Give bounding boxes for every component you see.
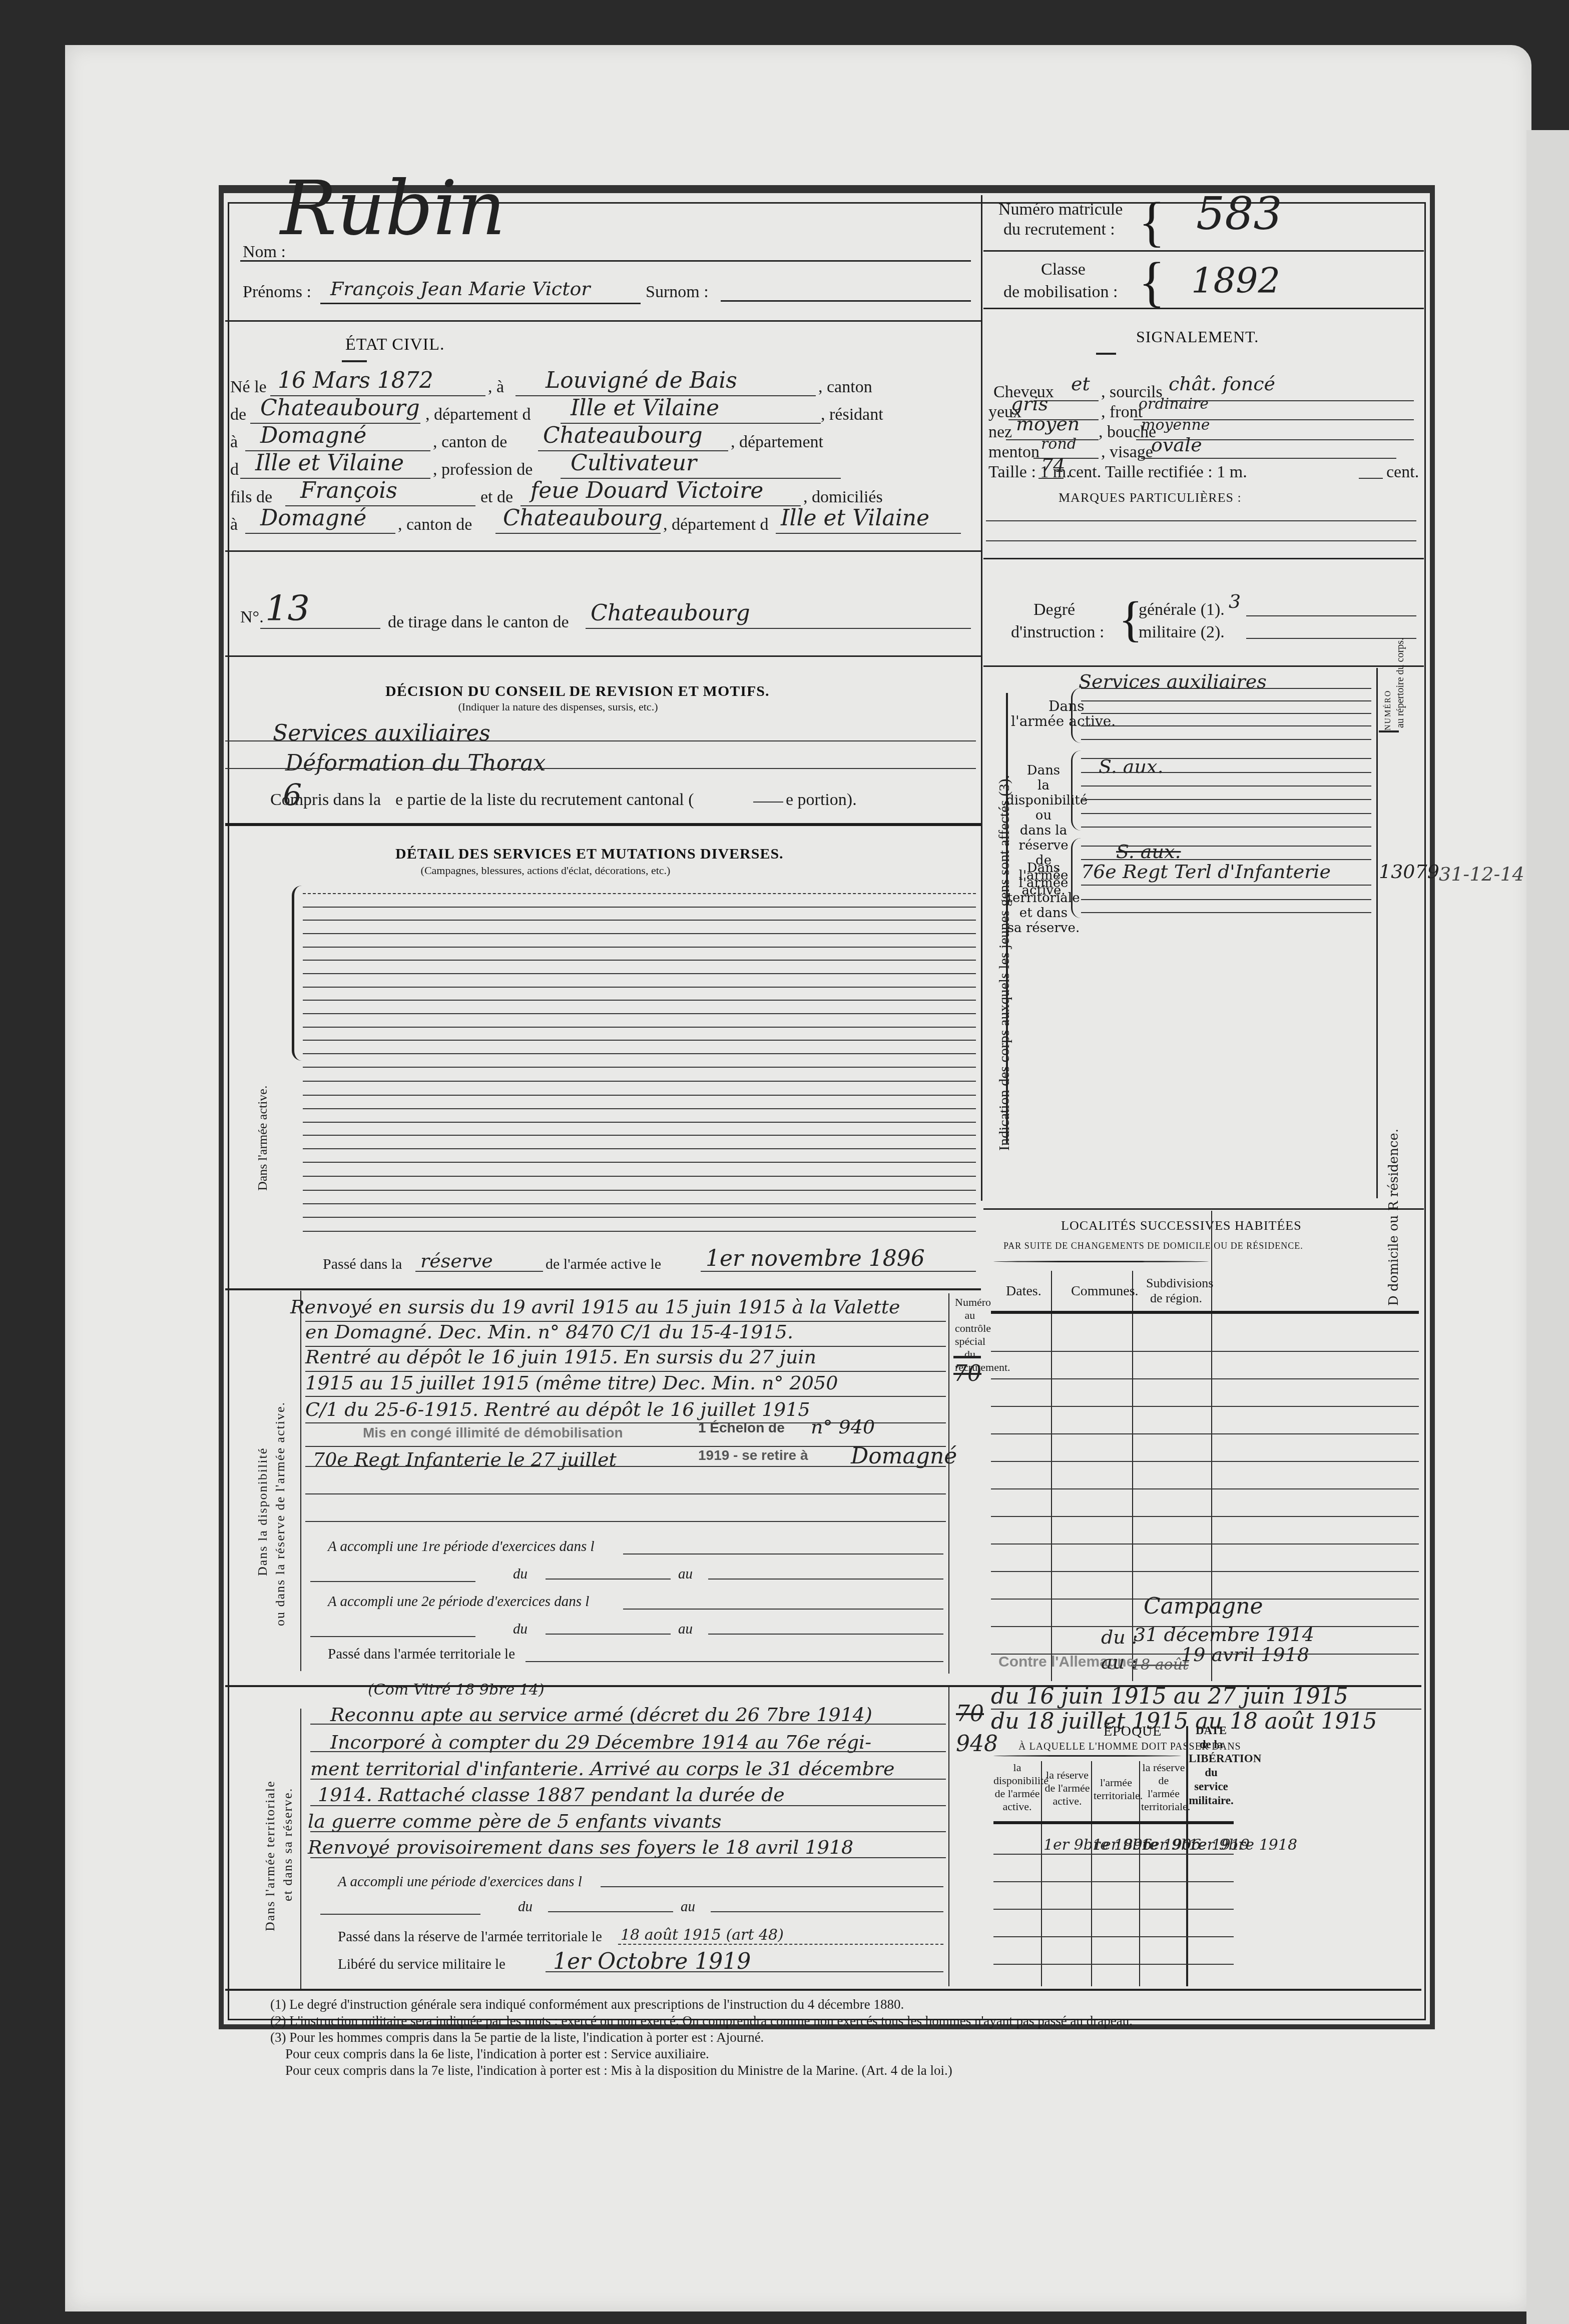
instruction-divider	[983, 665, 1424, 667]
classe-divider	[983, 308, 1424, 309]
underline	[618, 1944, 943, 1945]
ruled-line	[303, 973, 976, 974]
underline	[586, 628, 971, 629]
numero-column-rule	[1376, 668, 1378, 1198]
etat-civil-divider	[225, 550, 981, 552]
decision-line-2: Déformation du Thorax	[285, 750, 546, 776]
terr-vertical-label-1: Dans l'armée territoriale	[263, 1780, 278, 1931]
terr-label-line: Dans l'armée	[1006, 861, 1081, 891]
fils-de-label: fils de	[230, 488, 272, 507]
et-de-label: et de	[480, 488, 513, 507]
ruled-line	[310, 1857, 946, 1858]
dispo-brace	[1071, 750, 1082, 831]
ruled-line	[1081, 700, 1371, 701]
underline	[310, 1636, 475, 1637]
ruled-line	[305, 1466, 946, 1467]
row-rule	[991, 1516, 1419, 1517]
nom-underline	[240, 260, 971, 262]
localites-subtitle: PAR SUITE DE CHANGEMENTS DE DOMICILE OU …	[1003, 1241, 1303, 1251]
matricule-value: 583	[1196, 188, 1282, 240]
margin-date: 31-12-14	[1439, 863, 1524, 885]
epoque-header-rule	[993, 1821, 1234, 1824]
underline	[548, 1911, 673, 1912]
col-dates: Dates.	[1006, 1283, 1041, 1299]
decision-line	[225, 740, 976, 741]
underline	[708, 1579, 943, 1580]
campagne-extra-2: du 18 juillet 1915 au 18 août 1915	[991, 1709, 1377, 1734]
terr-margin-rule	[300, 1709, 301, 1989]
terr-reserve-label: Passé dans la réserve de l'armée territo…	[338, 1929, 602, 1945]
birth-departement: Ille et Vilaine	[571, 395, 719, 421]
dispo-label-line: ou	[1006, 808, 1081, 823]
ruled-line	[303, 1000, 976, 1001]
footnotes-top-rule	[225, 1989, 1421, 1991]
de-label: de	[230, 405, 246, 424]
col-rule	[1041, 1761, 1042, 1986]
decision-divider	[225, 823, 981, 826]
localites-title: LOCALITÉS SUCCESSIVES HABITÉES	[1061, 1218, 1302, 1233]
campagne-extra-1: du 16 juin 1915 au 27 juin 1915	[991, 1684, 1348, 1709]
services-title: DÉTAIL DES SERVICES ET MUTATIONS DIVERSE…	[395, 846, 784, 863]
departement-label: , département d	[425, 405, 531, 424]
liberation-header: DATE de la LIBÉRATION du service militai…	[1189, 1724, 1234, 1808]
instruction-label-1: Degré	[1033, 600, 1075, 619]
terr-label-line: sa réserve.	[1006, 921, 1081, 936]
underline	[546, 1971, 943, 1972]
ruled-line	[305, 1396, 946, 1397]
ruled-line	[303, 920, 976, 921]
ruled-line	[303, 893, 976, 894]
ruled-line	[1081, 713, 1371, 714]
compris-value: 6	[283, 778, 302, 813]
col-subdivisions: Subdivisions de région.	[1146, 1276, 1206, 1306]
underline	[310, 1581, 475, 1582]
header-rule	[991, 1311, 1419, 1314]
parents-domicile: Domagné	[260, 505, 366, 531]
underline	[1246, 638, 1416, 639]
numero-header-rule	[953, 1356, 981, 1358]
row-rule	[993, 1964, 1234, 1965]
ruled-line	[1081, 688, 1371, 689]
residant-label: , résidant	[821, 405, 883, 424]
underline	[1038, 478, 1064, 479]
numero-header-line: Numéro	[955, 1296, 991, 1308]
a-label: à	[230, 433, 238, 452]
demobilisation-stamp: Mis en congé illimité de démobilisation	[363, 1425, 623, 1441]
commission-note: (Com Vitré 18 9bre 14)	[368, 1681, 545, 1699]
ruled-line	[1081, 758, 1371, 759]
passe-label: Passé dans la	[323, 1256, 402, 1273]
taille-value: 74	[1041, 454, 1065, 476]
a-label: à	[230, 515, 238, 534]
localites-top-rule	[983, 1208, 1424, 1210]
marques-line	[986, 540, 1416, 541]
portion-label: e portion).	[786, 791, 857, 810]
ruled-line	[303, 1067, 976, 1068]
terr-periode-au: au	[681, 1899, 695, 1915]
terr-reserve-value: 18 août 1915 (art 48)	[621, 1926, 784, 1944]
ruled-line	[303, 1162, 976, 1163]
classe-label-1: Classe	[1041, 260, 1086, 279]
active-corps-value: Services auxiliaires	[1079, 670, 1267, 692]
canton-de-label: , canton de	[398, 515, 472, 534]
dispo-line-2: en Domagné. Dec. Min. n° 8470 C/1 du 15-…	[305, 1321, 793, 1343]
col-domicile-residence: D domicile ou R résidence.	[1386, 1129, 1401, 1306]
footnotes-list: (1) Le degré d'instruction générale sera…	[270, 1996, 1133, 2079]
underline	[623, 1554, 943, 1555]
ruled-line	[310, 1805, 946, 1806]
dispo-label-line: dans la réserve	[1006, 823, 1081, 853]
menton-label: menton	[988, 443, 1039, 462]
underline	[546, 1579, 671, 1580]
ruled-line	[303, 1027, 976, 1028]
terr-periode-du: du	[518, 1899, 533, 1915]
terr-numero-struck: 70	[956, 1701, 984, 1727]
ruled-line	[310, 1724, 946, 1725]
ruled-line	[1081, 786, 1371, 787]
marques-divider	[983, 558, 1424, 559]
underline	[260, 628, 380, 629]
ne-le-label: Né le	[230, 378, 267, 397]
compris-suffix: e partie de la liste du recrutement cant…	[395, 791, 694, 810]
underline	[546, 1634, 671, 1635]
col-communes: Communes.	[1071, 1283, 1139, 1299]
campagne-au-struck: 18 août	[1131, 1656, 1189, 1674]
generale-label: générale (1).	[1139, 600, 1225, 619]
dispo-line-5: C/1 du 25-6-1915. Rentré au dépôt le 16 …	[305, 1398, 810, 1420]
underline	[320, 1914, 480, 1915]
ruled-line	[303, 1040, 976, 1041]
active-brace	[292, 886, 303, 1061]
ruled-line	[1081, 799, 1371, 800]
echelon-stamp: 1 Échelon de	[698, 1420, 785, 1436]
nom-value: Rubin	[280, 165, 505, 252]
ruled-line	[1081, 912, 1371, 913]
classe-brace: {	[1139, 250, 1165, 314]
matricule-label-2: du recrutement :	[1003, 220, 1115, 239]
territoriale-label: Passé dans l'armée territoriale le	[328, 1646, 515, 1663]
ruled-line	[303, 1081, 976, 1082]
ruled-line	[305, 1446, 946, 1447]
father: François	[300, 478, 397, 503]
tirage-number: 13	[265, 588, 310, 629]
d-label: d	[230, 460, 239, 479]
tirage-canton: Chateaubourg	[591, 600, 750, 626]
visage-label: , visage	[1101, 443, 1153, 462]
ruled-line	[303, 1231, 976, 1232]
ruled-line	[303, 1095, 976, 1096]
row-rule	[991, 1571, 1419, 1572]
terr-label-line: et dans	[1006, 906, 1081, 921]
portion-blank	[753, 802, 783, 803]
dispo-label-line: Dans	[1006, 763, 1081, 778]
ruled-line	[303, 933, 976, 934]
title-dash	[1096, 353, 1116, 355]
terr-line-4: 1914. Rattaché classe 1887 pendant la du…	[318, 1784, 785, 1806]
footnote: (1) Le degré d'instruction générale sera…	[270, 1996, 1133, 2013]
epoque-liberation-rule	[1186, 1726, 1188, 1986]
periode2-au: au	[678, 1621, 693, 1638]
matricule-divider	[983, 250, 1424, 252]
row-rule	[991, 1488, 1419, 1489]
parents-canton: Chateaubourg	[503, 505, 663, 531]
departement-label: , département	[731, 433, 823, 452]
generale-value: 3	[1229, 590, 1241, 612]
ruled-line	[303, 1148, 976, 1149]
instruction-label-2: d'instruction :	[1011, 623, 1105, 642]
tirage-divider	[225, 655, 981, 657]
campagne-au-value: 19 avril 1918	[1181, 1644, 1309, 1666]
epoque-col-territoriale: l'armée territoriale.	[1094, 1776, 1139, 1802]
ruled-line	[303, 1013, 976, 1014]
periode1-du: du	[513, 1566, 528, 1583]
dispo-line-4: 1915 au 15 juillet 1915 (même titre) Dec…	[305, 1372, 838, 1394]
row-rule	[993, 1936, 1234, 1937]
terr-corps-numero: 13079	[1379, 861, 1439, 883]
terr-numero: 948	[956, 1731, 998, 1757]
col-rule	[1132, 1271, 1133, 1681]
ruled-line	[303, 1176, 976, 1177]
underline	[776, 533, 961, 534]
ruled-line	[303, 907, 976, 908]
echelon-value: n° 940	[811, 1416, 875, 1438]
cheveux-value: et	[1071, 373, 1090, 395]
ruled-line	[303, 960, 976, 961]
underline	[701, 1271, 976, 1272]
surnom-underline	[721, 300, 971, 302]
decision-subtitle: (Indiquer la nature des dispenses, sursi…	[308, 700, 808, 713]
signalement-title: SIGNALEMENT.	[1136, 328, 1259, 346]
dispo-numero-struck: 70	[953, 1361, 981, 1386]
ruled-line	[303, 1108, 976, 1109]
row-rule	[993, 1881, 1234, 1882]
terr-line-3: ment territorial d'infanterie. Arrivé au…	[310, 1758, 894, 1780]
birth-date: 16 Mars 1872	[278, 368, 433, 393]
terr-numero-rule	[948, 1686, 949, 1986]
epoque-brace	[993, 1755, 1181, 1757]
row-rule	[993, 1909, 1234, 1910]
terr-line-6: Renvoyé provisoirement dans ses foyers l…	[308, 1836, 853, 1858]
page-edge	[1526, 130, 1569, 2324]
col-rule	[1091, 1761, 1092, 1986]
ruled-line	[303, 987, 976, 988]
matricule-label-1: Numéro matricule	[998, 200, 1123, 219]
terr-brace	[1071, 838, 1082, 918]
epoque-title: ÉPOQUE	[1104, 1724, 1162, 1740]
dispo-line-6: 70e Regt Infanterie le 27 juillet	[313, 1448, 617, 1470]
underline	[1141, 458, 1396, 459]
ruled-line	[1081, 885, 1371, 886]
ruled-line	[1081, 813, 1371, 814]
terr-label: Dans l'armée territoriale et dans sa rés…	[1006, 861, 1081, 936]
prenoms-label: Prénoms :	[243, 283, 311, 302]
passe-value: réserve	[420, 1250, 493, 1272]
ruled-line	[1081, 725, 1371, 726]
canton-label: , canton	[818, 378, 872, 397]
etat-civil-title: ÉTAT CIVIL.	[345, 335, 444, 354]
numero-header-2: au répertoire du corps.	[1395, 638, 1406, 728]
underline	[1246, 615, 1416, 616]
ruled-line	[303, 1053, 976, 1054]
decision-line-1: Services auxiliaires	[273, 720, 490, 746]
row-rule	[991, 1461, 1419, 1462]
underline	[1359, 478, 1383, 479]
row-rule	[991, 1351, 1419, 1352]
yeux-value: gris	[1011, 393, 1048, 415]
column-divider	[981, 195, 982, 1201]
marques-title: MARQUES PARTICULIÈRES :	[1059, 490, 1242, 505]
residence-canton: Chateaubourg	[543, 423, 703, 448]
matricule-brace: {	[1139, 190, 1165, 254]
ruled-line	[303, 1190, 976, 1191]
ruled-line	[1081, 772, 1371, 773]
terr-label-line: territoriale	[1006, 891, 1081, 906]
numero-header-rule	[1379, 730, 1399, 732]
dispo-numero-rule	[948, 1293, 949, 1674]
profession-label: , profession de	[433, 460, 533, 479]
passe-date: 1er novembre 1896	[706, 1246, 925, 1271]
no-label: N°.	[240, 608, 264, 627]
row-rule	[991, 1543, 1419, 1544]
underline	[495, 533, 661, 534]
canton-de-label: , canton de	[433, 433, 507, 452]
birthplace: Louvigné de Bais	[546, 368, 737, 393]
underline	[245, 533, 395, 534]
active-vertical-label: Dans l'armée active.	[255, 1086, 270, 1191]
retire-value: Domagné	[851, 1443, 957, 1469]
tirage-label: de tirage dans le canton de	[388, 613, 569, 632]
epoque-col-reserve-active: la réserve de l'armée active.	[1043, 1769, 1091, 1808]
dispo-vertical-label-2: ou dans la réserve de l'armée active.	[273, 1401, 288, 1626]
underline	[708, 1634, 943, 1635]
surnom-label: Surnom :	[646, 283, 709, 302]
terr-vertical-label-2: et dans sa réserve.	[280, 1788, 295, 1901]
prenoms-value: François Jean Marie Victor	[330, 278, 590, 300]
footnote: Pour ceux compris dans la 7e liste, l'in…	[270, 2062, 1133, 2079]
dispo-margin-rule	[300, 1291, 301, 1671]
footnote: Pour ceux compris dans la 6e liste, l'in…	[270, 2046, 1133, 2062]
ruled-line	[310, 1779, 946, 1780]
sourcils-value: chât. foncé	[1169, 373, 1275, 395]
visage-value: ovale	[1151, 434, 1202, 456]
cent-label: cent.	[1386, 463, 1419, 482]
ruled-line	[1081, 846, 1371, 847]
campagne-title: Campagne	[1144, 1594, 1263, 1619]
marques-line	[986, 520, 1416, 521]
underline	[415, 1271, 543, 1272]
periode2-du: du	[513, 1621, 528, 1638]
terr-line-1: Reconnu apte au service armé (décret du …	[330, 1704, 872, 1726]
nom-label: Nom :	[243, 243, 286, 262]
terr-line-2: Incorporé à compter du 29 Décembre 1914 …	[330, 1731, 871, 1753]
periode1-label: A accompli une 1re période d'exercices d…	[328, 1538, 595, 1555]
ruled-line	[303, 1135, 976, 1136]
front-value: ordinaire	[1139, 395, 1209, 413]
bouche-value: moyenne	[1141, 416, 1210, 434]
libere-value: 1er Octobre 1919	[553, 1949, 751, 1974]
terr-corps-value: 76e Regt Terl d'Infanterie	[1081, 861, 1331, 883]
menton-value: rond	[1041, 435, 1077, 453]
classe-label-2: de mobilisation :	[1003, 283, 1118, 302]
row-rule	[993, 1854, 1234, 1855]
ruled-line	[310, 1831, 946, 1832]
footnote: (2) L'instruction militaire sera indiqué…	[270, 2013, 1133, 2029]
mother: feue Douard Victoire	[531, 478, 763, 503]
profession: Cultivateur	[571, 450, 697, 476]
ruled-line	[310, 1751, 946, 1752]
ruled-line	[1081, 827, 1371, 828]
taille-rect-label: cent. Taille rectifiée : 1 m.	[1069, 463, 1247, 482]
militaire-label: militaire (2).	[1139, 623, 1225, 642]
dispo-label-line: la disponibilité	[1006, 778, 1081, 808]
residence: Domagné	[260, 423, 366, 448]
classe-value: 1892	[1191, 260, 1280, 301]
ruled-line	[1081, 899, 1371, 900]
numero-header-1: NUMÉRO	[1384, 690, 1393, 730]
campagne-du-label: du :	[1101, 1626, 1138, 1648]
ruled-line	[305, 1521, 946, 1522]
underline	[623, 1609, 943, 1610]
prenoms-underline	[320, 303, 641, 304]
passe-mid-label: de l'armée active le	[546, 1256, 661, 1273]
ruled-line	[303, 1122, 976, 1123]
domicilies-label: , domiciliés	[803, 488, 883, 507]
retire-stamp: 1919 - se retire à	[698, 1447, 808, 1463]
ruled-line	[1081, 859, 1371, 860]
libere-label: Libéré du service militaire le	[338, 1956, 505, 1973]
row-rule	[991, 1406, 1419, 1407]
services-subtitle: (Campagnes, blessures, actions d'éclat, …	[295, 864, 796, 877]
active-divider	[225, 1288, 981, 1290]
departement-label: , département d	[663, 515, 769, 534]
nez-value: moyen	[1016, 413, 1080, 435]
row-rule	[991, 1378, 1419, 1379]
birth-canton: Chateaubourg	[260, 395, 420, 421]
epoque-col-reserve-territoriale: la réserve de l'armée territoriale.	[1141, 1761, 1186, 1813]
footnote: (3) Pour les hommes compris dans la 5e p…	[270, 2029, 1133, 2046]
underline	[601, 1886, 943, 1887]
header-divider	[225, 320, 981, 322]
row-rule	[991, 1433, 1419, 1434]
liberation-value: 1er 9bre 1918	[1189, 1836, 1297, 1854]
terr-periode-label: A accompli une période d'exercices dans …	[338, 1874, 582, 1890]
parents-departement: Ille et Vilaine	[781, 505, 929, 531]
residence-departement: Ille et Vilaine	[255, 450, 404, 476]
decision-title: DÉCISION DU CONSEIL DE REVISION ET MOTIF…	[385, 683, 769, 700]
active-brace	[1071, 688, 1082, 743]
title-dash	[342, 360, 367, 362]
epoque-col-dispo: la disponibilité de l'armée active.	[993, 1761, 1041, 1813]
underline	[526, 1661, 943, 1662]
ruled-line	[303, 1203, 976, 1204]
terr-line-5: la guerre comme père de 5 enfants vivant…	[308, 1810, 722, 1832]
ruled-line	[305, 1493, 946, 1494]
dispo-vertical-label-1: Dans la disponibilité	[255, 1447, 270, 1576]
periode2-label: A accompli une 2e période d'exercices da…	[328, 1594, 589, 1610]
ruled-line	[303, 947, 976, 948]
col-rule	[1051, 1271, 1052, 1681]
periode1-au: au	[678, 1566, 693, 1583]
campagne-du-value: 31 décembre 1914	[1134, 1624, 1314, 1646]
ruled-line	[303, 1217, 976, 1218]
active-label-2: l'armée active.	[1011, 713, 1116, 729]
a-label: , à	[488, 378, 504, 397]
underline	[711, 1911, 943, 1912]
dispo-line-1: Renvoyé en sursis du 19 avril 1915 au 15…	[290, 1296, 900, 1318]
decision-line	[225, 768, 976, 769]
ruled-line	[1081, 739, 1371, 740]
localites-brace	[993, 1261, 1209, 1262]
